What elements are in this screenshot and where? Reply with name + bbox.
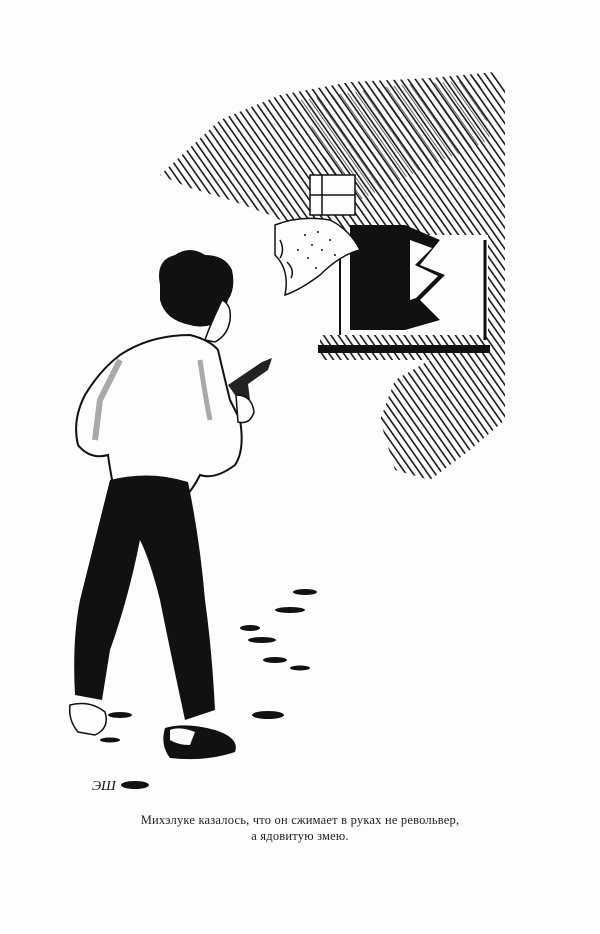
boy-figure [70, 250, 272, 759]
artist-signature: ЭШ [92, 779, 117, 794]
book-illustration: ЭШ [0, 0, 600, 800]
caption-line-1: Михэлуке казалось, что он сжимает в рука… [0, 813, 600, 828]
caption-line-2: а ядовитую змею. [0, 829, 600, 844]
